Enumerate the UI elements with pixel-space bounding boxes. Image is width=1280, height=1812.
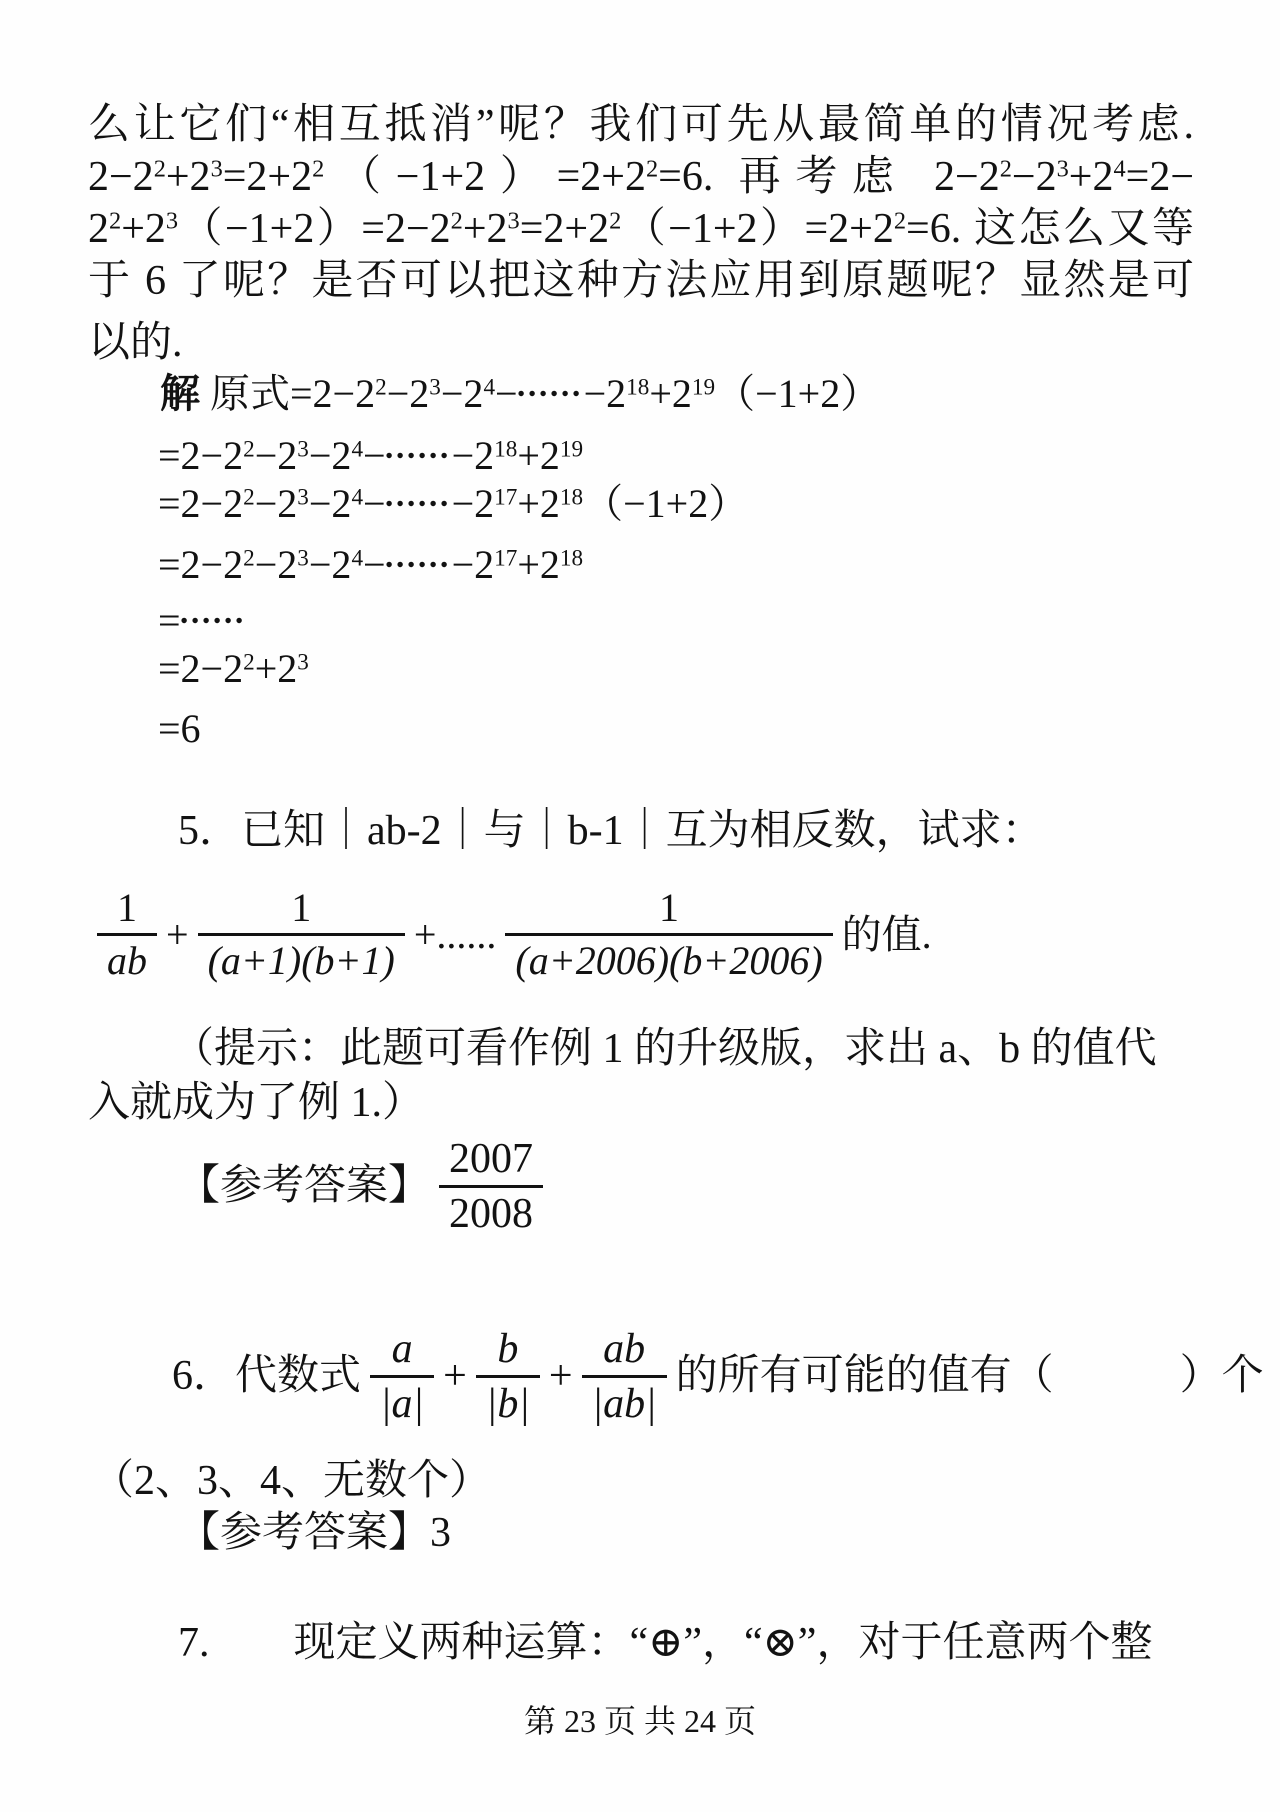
superscript: 3 [297, 436, 309, 462]
page-footer: 第 23 页 共 24 页 [0, 1702, 1280, 1740]
text-run: − [495, 371, 518, 416]
text-run: +2 [121, 206, 166, 252]
text-run: 7. 现定义两种运算：“⊕”，“⊗”，对于任意两个整 [178, 1620, 1152, 1666]
text-run: 以的. [88, 320, 183, 366]
ellipsis-dots: •••••• [386, 555, 452, 577]
text-run: （−1+2） [715, 371, 880, 416]
text-run: = [158, 598, 181, 643]
problem-5-answer: 【参考答案】20072008 [178, 1136, 552, 1237]
text-run: =2−2 [158, 433, 243, 478]
solution-line-7: =6 [158, 705, 201, 753]
text-run: −2 [255, 542, 298, 587]
superscript: 18 [626, 374, 649, 400]
fraction: 1(a+1)(b+1) [198, 886, 405, 983]
text-run: +2 [463, 206, 508, 252]
solution-line-4: =2−22−23−24−••••••−217+218 [158, 541, 583, 589]
superscript: 4 [351, 545, 363, 571]
text-run: =2− [1126, 154, 1194, 200]
problem-5-hint-line-2: 入就成为了例 1.） [88, 1078, 424, 1128]
text-run: −2 [255, 481, 298, 526]
text-run: −2 [452, 542, 495, 587]
text-run: （−1+2） [583, 481, 748, 526]
ellipsis-dots: •••••• [181, 611, 247, 633]
fraction: b|b| [476, 1326, 540, 1427]
superscript: 2 [312, 156, 324, 183]
text-run: − [363, 481, 386, 526]
text-run: −2 [255, 433, 298, 478]
fraction-numerator: 2007 [439, 1136, 543, 1188]
intro-line-3: 22+23（−1+2）=2−22+23=2+22（−1+2）=2+22=6. 这… [88, 204, 1194, 254]
fraction: a|a| [370, 1326, 434, 1427]
superscript: 3 [211, 156, 223, 183]
superscript: 2 [243, 436, 255, 462]
text-run: +...... [414, 911, 497, 959]
text-run: 的值. [842, 911, 932, 959]
fraction-denominator: |ab| [582, 1378, 667, 1427]
text-run: 解 [160, 371, 200, 416]
superscript: 18 [560, 484, 583, 510]
text-run: 于 6 了呢？是否可以把这种方法应用到原题呢？显然是可 [88, 258, 1194, 304]
fraction: ab|ab| [582, 1326, 667, 1427]
superscript: 3 [508, 208, 520, 235]
fraction-denominator: (a+1)(b+1) [198, 936, 405, 983]
superscript: 19 [560, 436, 583, 462]
solution-line-3: =2−22−23−24−••••••−217+218（−1+2） [158, 480, 748, 528]
text-run: 入就成为了例 1.） [88, 1080, 424, 1126]
superscript: 2 [1000, 156, 1012, 183]
problem-6-options: （2、3、4、无数个） [92, 1456, 491, 1506]
superscript: 2 [154, 156, 166, 183]
fraction-denominator: 2008 [439, 1188, 543, 1237]
ellipsis-dots: •••••• [386, 494, 452, 516]
superscript: 3 [1057, 156, 1069, 183]
text-run: =6. 再考虑 2−2 [658, 154, 1000, 200]
solution-line-1: 解 原式=2−22−23−24−••••••−218+219（−1+2） [160, 370, 880, 418]
superscript: 3 [297, 484, 309, 510]
text-run: −2 [387, 371, 430, 416]
fraction: 20072008 [439, 1136, 543, 1237]
text-run: 【参考答案】3 [178, 1510, 451, 1556]
superscript: 4 [351, 484, 363, 510]
text-run: −2 [584, 371, 627, 416]
text-run: −2 [309, 542, 352, 587]
fraction-numerator: 1 [198, 886, 405, 936]
document-page: 么让它们“相互抵消”呢？我们可先从最简单的情况考虑. 2−22+23=2+22（… [0, 0, 1280, 1812]
text-run: 6．代数式 [172, 1351, 361, 1401]
text-run: 5．已知｜ab-2｜与｜b-1｜互为相反数，试求： [178, 808, 1044, 854]
text-run: （−1+2）=2+2 [324, 154, 646, 200]
text-run: （2、3、4、无数个） [92, 1458, 491, 1504]
text-run: − [363, 433, 386, 478]
text-run: =2−2 [158, 542, 243, 587]
text-run: +2 [166, 154, 211, 200]
text-run: −2 [452, 433, 495, 478]
superscript: 2 [609, 208, 621, 235]
text-run: +2 [517, 542, 560, 587]
problem-6-answer: 【参考答案】3 [178, 1508, 451, 1558]
text-run: 么让它们“相互抵消”呢？我们可先从最简单的情况考虑. [88, 102, 1194, 148]
text-run: +2 [1069, 154, 1114, 200]
text-run: =6. 这怎么又等 [906, 206, 1194, 252]
text-run: −2 [309, 433, 352, 478]
text-run: 原式=2−2 [200, 371, 375, 416]
superscript: 3 [297, 545, 309, 571]
text-run: −2 [1012, 154, 1057, 200]
text-run: =6 [158, 706, 201, 751]
superscript: 19 [692, 374, 715, 400]
superscript: 2 [451, 208, 463, 235]
superscript: 4 [1113, 156, 1125, 183]
text-run: +2 [517, 433, 560, 478]
solution-line-2: =2−22−23−24−••••••−218+219 [158, 432, 583, 480]
superscript: 2 [375, 374, 387, 400]
superscript: 2 [646, 156, 658, 183]
ellipsis-dots: •••••• [386, 446, 452, 468]
fraction-denominator: |a| [370, 1378, 434, 1427]
ellipsis-dots: •••••• [518, 384, 584, 406]
solution-line-5: =•••••• [158, 597, 247, 645]
superscript: 4 [351, 436, 363, 462]
text-run: =2−2 [158, 646, 243, 691]
intro-line-1: 么让它们“相互抵消”呢？我们可先从最简单的情况考虑. [88, 100, 1194, 150]
fraction-numerator: ab [582, 1326, 667, 1378]
superscript: 3 [429, 374, 441, 400]
fraction: 1(a+2006)(b+2006) [505, 886, 832, 983]
superscript: 2 [109, 208, 121, 235]
problem-5-hint-line-1: （提示：此题可看作例 1 的升级版，求出 a、b 的值代 [172, 1024, 1157, 1074]
intro-line-4: 于 6 了呢？是否可以把这种方法应用到原题呢？显然是可 [88, 256, 1194, 306]
fraction-numerator: 1 [505, 886, 832, 936]
text-run: =2+2 [223, 154, 312, 200]
problem-6-title: 6．代数式a|a|+b|b|+ab|ab|的所有可能的值有（ ）个 [172, 1326, 1264, 1427]
text-run: − [363, 542, 386, 587]
superscript: 2 [243, 545, 255, 571]
text-run: + [166, 911, 189, 959]
text-run: （−1+2）=2+2 [621, 206, 894, 252]
text-run: + [443, 1351, 467, 1401]
text-run: + [549, 1351, 573, 1401]
text-run: 2 [88, 206, 109, 252]
problem-5-title: 5．已知｜ab-2｜与｜b-1｜互为相反数，试求： [178, 806, 1044, 856]
text-run: =2−2 [158, 481, 243, 526]
text-run: +2 [255, 646, 298, 691]
text-run: =2+2 [520, 206, 609, 252]
superscript: 2 [243, 649, 255, 675]
text-run: 【参考答案】 [178, 1161, 430, 1211]
solution-line-6: =2−22+23 [158, 645, 309, 693]
fraction-numerator: 1 [97, 886, 157, 936]
superscript: 3 [297, 649, 309, 675]
text-run: −2 [452, 481, 495, 526]
text-run: （提示：此题可看作例 1 的升级版，求出 a、b 的值代 [172, 1026, 1157, 1072]
superscript: 2 [243, 484, 255, 510]
superscript: 2 [894, 208, 906, 235]
text-run: −2 [309, 481, 352, 526]
fraction-denominator: ab [97, 936, 157, 983]
superscript: 18 [560, 545, 583, 571]
superscript: 17 [494, 484, 517, 510]
superscript: 17 [494, 545, 517, 571]
superscript: 18 [494, 436, 517, 462]
fraction-numerator: b [476, 1326, 540, 1378]
text-run: +2 [517, 481, 560, 526]
fraction-denominator: |b| [476, 1378, 540, 1427]
superscript: 4 [483, 374, 495, 400]
text-run: −2 [441, 371, 484, 416]
problem-5-formula: 1ab+1(a+1)(b+1)+......1(a+2006)(b+2006)的… [88, 886, 932, 983]
intro-line-2: 2−22+23=2+22（−1+2）=2+22=6. 再考虑 2−22−23+2… [88, 152, 1194, 202]
text-run: +2 [649, 371, 692, 416]
text-run: 的所有可能的值有（ ）个 [676, 1351, 1264, 1401]
fraction-denominator: (a+2006)(b+2006) [505, 936, 832, 983]
problem-7-title: 7. 现定义两种运算：“⊕”，“⊗”，对于任意两个整 [178, 1618, 1152, 1668]
fraction-numerator: a [370, 1326, 434, 1378]
text-run: 2−2 [88, 154, 154, 200]
intro-line-5: 以的. [88, 318, 183, 368]
superscript: 3 [166, 208, 178, 235]
fraction: 1ab [97, 886, 157, 983]
text-run: （−1+2）=2−2 [178, 206, 451, 252]
